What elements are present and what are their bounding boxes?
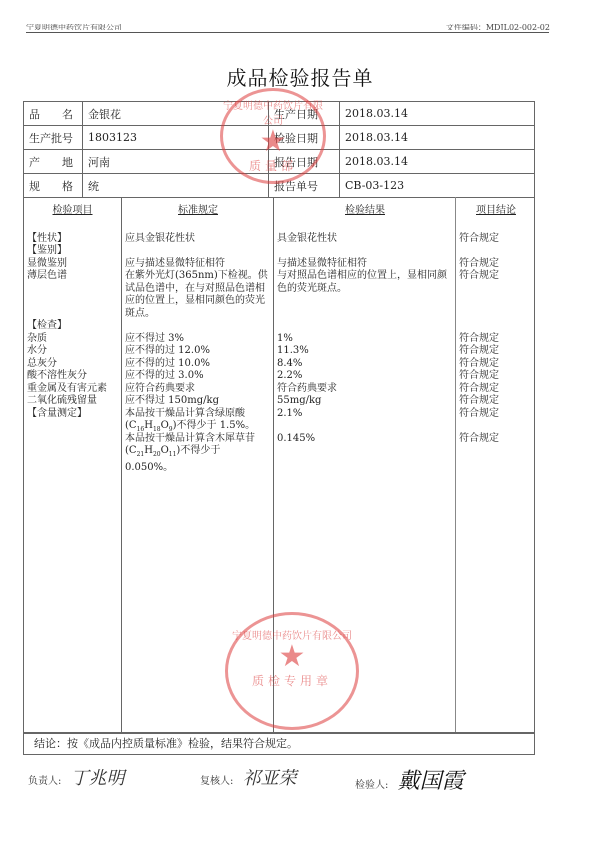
cell-item: 酸不溶性灰分	[24, 370, 121, 383]
page-title: 成品检验报告单	[0, 62, 600, 91]
cell-item	[24, 433, 121, 458]
cell-standard: 在紫外光灯(365nm)下检视。供试品色谱中，在与对照品色谱相应的位置上，显相同…	[122, 270, 274, 320]
cell-conclusion	[456, 245, 536, 258]
cell-result: 2.1%	[274, 408, 456, 433]
spec-label: 规 格	[24, 174, 83, 198]
cell-result: 与对照品色谱相应的位置上，显相同颜色的荧光斑点。	[274, 270, 456, 320]
responsible-label: 负责人:	[28, 776, 61, 787]
report-no-label: 报告单号	[269, 174, 340, 198]
cell-conclusion: 符合规定	[456, 233, 536, 246]
batch-value: 1803123	[83, 126, 269, 150]
cell-item: 总灰分	[24, 358, 121, 371]
reviewer-label: 复核人:	[200, 776, 233, 787]
inspector-label: 检验人:	[355, 780, 388, 791]
cell-standard: 应具金银花性状	[122, 233, 274, 246]
origin-value: 河南	[83, 150, 269, 174]
info-row: 规 格 统 报告单号 CB-03-123	[24, 174, 535, 198]
cell-conclusion: 符合规定	[456, 370, 536, 383]
company-header: 宁夏明德中药饮片有限公司	[26, 24, 122, 30]
column-header-item: 检验项目	[24, 201, 121, 214]
cell-conclusion: 符合规定	[456, 345, 536, 358]
cell-item: 薄层色谱	[24, 270, 121, 320]
responsible-signature: 负责人: 丁兆明	[28, 764, 125, 790]
reviewer-signature: 复核人: 祁亚荣	[200, 764, 297, 790]
cell-standard: 应不得过 150mg/kg	[122, 395, 274, 408]
cell-result: 0.145%	[274, 433, 456, 458]
cell-standard: 应符合药典要求	[122, 383, 274, 396]
cell-item	[24, 214, 121, 233]
cell-item: 水分	[24, 345, 121, 358]
cell-result: 具金银花性状	[274, 233, 456, 246]
batch-label: 生产批号	[24, 126, 83, 150]
cell-item: 【性状】	[24, 233, 121, 246]
cell-standard: 本品按干燥品计算含木犀草苷(C21H20O11)不得少于 0.050%。	[122, 433, 274, 458]
cell-item: 杂质	[24, 333, 121, 346]
cell-result	[274, 245, 456, 258]
prod-date-label: 生产日期	[269, 102, 340, 126]
cell-conclusion: 符合规定	[456, 270, 536, 320]
inspection-table: 检验项目 【性状】【鉴别】显微鉴别薄层色谱【检查】杂质水分总灰分酸不溶性灰分重金…	[23, 197, 535, 733]
prod-date-value: 2018.03.14	[340, 102, 535, 126]
cell-item: 二氧化硫残留量	[24, 395, 121, 408]
column-item: 检验项目 【性状】【鉴别】显微鉴别薄层色谱【检查】杂质水分总灰分酸不溶性灰分重金…	[24, 197, 121, 732]
spec-value: 统	[83, 174, 269, 198]
cell-conclusion: 符合规定	[456, 333, 536, 346]
cell-result: 8.4%	[274, 358, 456, 371]
cell-standard: 应不得的过 10.0%	[122, 358, 274, 371]
cell-standard	[122, 245, 274, 258]
product-name-value: 金银花	[83, 102, 269, 126]
cell-conclusion: 符合规定	[456, 383, 536, 396]
cell-item: 【含量测定】	[24, 408, 121, 433]
cell-result: 2.2%	[274, 370, 456, 383]
cell-standard	[122, 320, 274, 333]
cell-standard	[122, 214, 274, 233]
cell-item: 显微鉴别	[24, 258, 121, 271]
column-header-standard: 标准规定	[122, 201, 274, 214]
report-date-value: 2018.03.14	[340, 150, 535, 174]
cell-standard: 应与描述显微特征相符	[122, 258, 274, 271]
product-name-label: 品 名	[24, 102, 83, 126]
cell-conclusion: 符合规定	[456, 358, 536, 371]
reviewer-name: 祁亚荣	[243, 768, 297, 789]
cell-item: 重金属及有害元素	[24, 383, 121, 396]
info-row: 生产批号 1803123 检验日期 2018.03.14	[24, 126, 535, 150]
report-no-value: CB-03-123	[340, 174, 535, 198]
cell-result: 55mg/kg	[274, 395, 456, 408]
cell-conclusion: 符合规定	[456, 408, 536, 433]
cell-result	[274, 320, 456, 333]
cell-standard: 应不得过 3%	[122, 333, 274, 346]
doc-code: 文件编码：MDJL02-002-02	[446, 24, 550, 30]
cell-conclusion	[456, 320, 536, 333]
column-standard: 标准规定 应具金银花性状应与描述显微特征相符在紫外光灯(365nm)下检视。供试…	[121, 197, 274, 732]
column-conclusion: 项目结论 符合规定符合规定符合规定符合规定符合规定符合规定符合规定符合规定符合规…	[455, 197, 536, 732]
conclusion-statement: 结论：按《成品内控质量标准》检验，结果符合规定。	[23, 733, 535, 755]
cell-standard: 应不得的过 12.0%	[122, 345, 274, 358]
cell-conclusion: 符合规定	[456, 258, 536, 271]
origin-label: 产 地	[24, 150, 83, 174]
info-row: 品 名 金银花 生产日期 2018.03.14	[24, 102, 535, 126]
insp-date-value: 2018.03.14	[340, 126, 535, 150]
info-table: 品 名 金银花 生产日期 2018.03.14 生产批号 1803123 检验日…	[23, 101, 535, 198]
cell-result: 1%	[274, 333, 456, 346]
column-header-conclusion: 项目结论	[456, 201, 536, 214]
cell-standard: 应不得的过 3.0%	[122, 370, 274, 383]
insp-date-label: 检验日期	[269, 126, 340, 150]
inspector-name: 戴国霞	[398, 769, 464, 794]
info-row: 产 地 河南 报告日期 2018.03.14	[24, 150, 535, 174]
cell-result: 11.3%	[274, 345, 456, 358]
report-date-label: 报告日期	[269, 150, 340, 174]
responsible-name: 丁兆明	[71, 768, 125, 789]
cell-standard: 本品按干燥品计算含绿原酸(C16H18O9)不得少于 1.5%。	[122, 408, 274, 433]
cell-item: 【鉴别】	[24, 245, 121, 258]
cell-conclusion	[456, 214, 536, 233]
cell-conclusion: 符合规定	[456, 395, 536, 408]
column-result: 检验结果 具金银花性状与描述显微特征相符与对照品色谱相应的位置上，显相同颜色的荧…	[273, 197, 456, 732]
header-divider	[26, 32, 549, 33]
cell-conclusion: 符合规定	[456, 433, 536, 458]
inspector-signature: 检验人: 戴国霞	[355, 764, 464, 795]
cell-result: 符合药典要求	[274, 383, 456, 396]
column-header-result: 检验结果	[274, 201, 456, 214]
cell-result: 与描述显微特征相符	[274, 258, 456, 271]
cell-item: 【检查】	[24, 320, 121, 333]
cell-result	[274, 214, 456, 233]
